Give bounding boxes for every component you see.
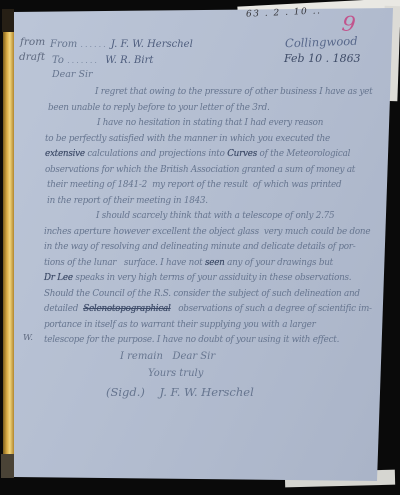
letter-line: tions of the lunar surface. I have not s… — [44, 258, 389, 274]
letter-text: calculations and projections into — [85, 149, 227, 159]
spine-shadow-top — [2, 9, 14, 32]
gilt-book-edge — [3, 30, 14, 456]
letter-line: their meeting of 1841-2 my report of the… — [44, 180, 389, 196]
letter-text: of the Meteorological — [257, 149, 350, 159]
letter-line: detailed Selenotopographical observation… — [44, 304, 389, 320]
letter-text: I should scarcely think that with a tele… — [96, 211, 334, 221]
letter-text: to be perfectly satisfied with the manne… — [45, 134, 330, 144]
letter-line: telescope for the purpose. I have no dou… — [44, 335, 389, 351]
letter-text: in the way of resolving and delineating … — [44, 242, 355, 252]
letter-photograph: 63 . 2 . 10 .. 9 from draft From ...... … — [0, 0, 400, 495]
letter-line: extensive calculations and projections i… — [44, 149, 389, 165]
letter-line: I should scarcely think that with a tele… — [44, 211, 389, 227]
letter-line: in the way of resolving and delineating … — [44, 242, 389, 258]
to-label: To — [52, 55, 64, 66]
margin-note-draft: draft — [19, 51, 45, 63]
letter-text: I regret that owing to the pressure of o… — [95, 87, 372, 97]
closing-line: (Sigd.) J. F. W. Herschel — [44, 385, 389, 402]
salutation: Dear Sir — [52, 69, 93, 80]
letter-body: I regret that owing to the pressure of o… — [44, 87, 389, 402]
letter-text: Should the Council of the R.S. consider … — [44, 289, 360, 299]
letter-text: Dr Lee — [44, 273, 73, 283]
letter-text: in the report of their meeting in 1843. — [47, 196, 208, 206]
letter-line: inches aperture however excellent the ob… — [44, 227, 389, 243]
letter-text: observations of such a degree of scienti… — [171, 304, 372, 314]
letter-line: I have no hesitation in stating that I h… — [44, 118, 389, 134]
letter-text: seen — [205, 258, 225, 268]
letter-text: observations for which the British Assoc… — [45, 165, 355, 175]
letter-text: telescope for the purpose. I have no dou… — [44, 335, 339, 345]
letter-text: portance in itself as to warrant their s… — [44, 320, 316, 330]
from-row: From ...... J. F. W. Herschel — [50, 39, 193, 50]
letter-text: extensive — [45, 149, 85, 159]
letter-line: I regret that owing to the pressure of o… — [44, 87, 389, 103]
letter-text: I have no hesitation in stating that I h… — [97, 118, 323, 128]
letter-line: to be perfectly satisfied with the manne… — [44, 134, 389, 150]
letter-line: in the report of their meeting in 1843. — [44, 196, 389, 212]
struck-word: Selenotopographical — [83, 304, 170, 314]
margin-mark: W. — [23, 333, 33, 343]
letter-text: Curves — [227, 149, 257, 159]
from-name: J. F. W. Herschel — [111, 39, 193, 50]
from-label: From — [50, 39, 77, 50]
letter-text: speaks in very high terms of your assidu… — [73, 273, 352, 283]
closing-line: I remain Dear Sir — [44, 351, 389, 368]
letter-text: their meeting of 1841-2 my report of the… — [47, 180, 341, 190]
letter-text: detailed — [44, 304, 83, 314]
to-row: To ....... W. R. Birt — [52, 55, 153, 66]
from-dots: ...... — [80, 40, 107, 49]
letter-line: observations for which the British Assoc… — [44, 165, 389, 181]
letter-text: any of your drawings but — [225, 258, 333, 268]
letter-line: Should the Council of the R.S. consider … — [44, 289, 389, 305]
margin-note-from: from — [20, 36, 45, 48]
to-name: W. R. Birt — [105, 55, 153, 66]
closing-line: Yours truly — [44, 368, 389, 385]
spine-shadow-bottom — [1, 454, 14, 478]
letter-text: inches aperture however excellent the ob… — [44, 227, 370, 237]
date-line: Feb 10 . 1863 — [284, 52, 361, 65]
place-line: Collingwood — [285, 34, 358, 51]
letter-text: tions of the lunar surface. I have not — [44, 258, 205, 268]
letter-line: portance in itself as to warrant their s… — [44, 320, 389, 336]
to-dots: ....... — [67, 56, 99, 65]
letter-line: Dr Lee speaks in very high terms of your… — [44, 273, 389, 289]
letter-text: been unable to reply before to your lett… — [48, 103, 270, 113]
letter-line: been unable to reply before to your lett… — [44, 103, 389, 119]
